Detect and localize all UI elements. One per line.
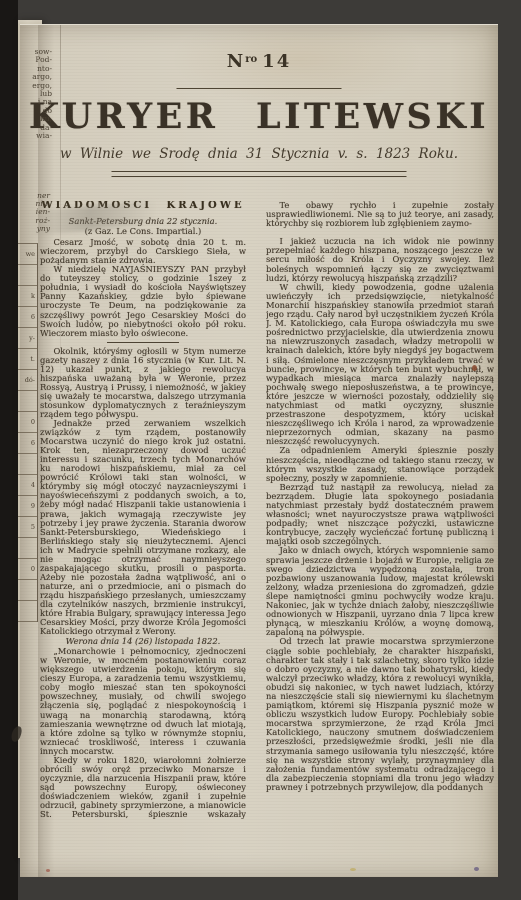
scan-background: { "header": { "issue_prefix": "N", "issu… <box>0 0 521 900</box>
margin-table-row: we <box>18 244 37 265</box>
margin-table-row: 6 <box>18 433 37 454</box>
paragraph: Cesarz Jmość, w sobotę dnia 20 t. m. wie… <box>40 238 246 265</box>
margin-fragment: wia- <box>18 132 52 140</box>
issue-prefix: N <box>227 51 245 72</box>
margin-table-row <box>18 265 37 286</box>
paragraph: Jako w dniach owych, których wspomnienie… <box>266 546 494 637</box>
column-divider-rule <box>107 342 179 343</box>
margin-table-row: k <box>18 286 37 307</box>
scanner-gutter-strip <box>0 0 18 900</box>
adjacent-page-table-edge: wek6y-t.dó-064950 <box>18 243 38 622</box>
stain-spot <box>472 365 477 371</box>
right-column-blocks: Te obawy rychło i zupełnie zostały uspra… <box>266 201 494 792</box>
masthead-dateline: w Wilnie we Srodę dnia 31 Stycznia v. s.… <box>20 146 498 162</box>
paragraph: Werona dnia 14 (26) listopada 1822. <box>40 637 246 646</box>
margin-table-row <box>18 601 37 622</box>
margin-table-row <box>18 454 37 475</box>
issue-number: Nro14 <box>20 51 498 72</box>
left-column-blocks: Sankt-Petersburg dnia 22 stycznia.(z Gaz… <box>40 217 246 819</box>
paragraph: Za odpadnieniem Ameryki śpiesznie poszły… <box>266 446 494 482</box>
paragraph: Te obawy rychło i zupełnie zostały uspra… <box>266 201 494 228</box>
issue-superscript: ro <box>245 54 257 65</box>
margin-table-row: 0 <box>18 412 37 433</box>
margin-table-row: y- <box>18 328 37 349</box>
margin-table-row: 0 <box>18 559 37 580</box>
issue-rule <box>177 88 342 89</box>
adjacent-page-italic-fragments: nerniu,ien-roż-yny <box>18 192 50 233</box>
edge-speck-red <box>46 869 50 872</box>
masthead-title: KURYER LITEWSKI <box>20 96 498 137</box>
paragraph: „Monarchowie i pełnomocnicy, zjednoczeni… <box>40 647 246 756</box>
margin-table-row: 9 <box>18 496 37 517</box>
margin-table-row <box>18 391 37 412</box>
left-column: WIADOMOŚCI KRAJOWE Sankt-Petersburg dnia… <box>40 201 246 819</box>
margin-table-row: dó- <box>18 370 37 391</box>
margin-table-row <box>18 580 37 601</box>
issue-value: 14 <box>262 51 291 72</box>
paragraph: Kiedy w roku 1820, wiarołomni żołnierze … <box>40 756 246 819</box>
margin-table-row: 4 <box>18 475 37 496</box>
paragraph: W chwili, kiedy powodzenia, godne użalen… <box>266 283 494 447</box>
paragraph: Od trzech lat prawie mocarstwa sprzymier… <box>266 637 494 792</box>
paragraph: W niedzielę NAYJAŚNIEYSZY PAN przybył do… <box>40 265 246 337</box>
header-double-rule <box>112 171 407 177</box>
paragraph: Bezrząd tuż nastąpił za rewolucyą, nieła… <box>266 483 494 547</box>
margin-table-row: 6 <box>18 307 37 328</box>
margin-fragment: yny <box>18 225 50 233</box>
margin-table-row <box>18 538 37 559</box>
margin-table-row: 5 <box>18 517 37 538</box>
adjacent-page-text-fragments: sow-Pod-nto-argo,ergo,lubi nadoku,da-wia… <box>18 48 52 140</box>
paragraph: Jednakże przed zerwaniem wszelkich związ… <box>40 419 246 636</box>
edge-speck-indigo <box>474 867 479 871</box>
margin-table-row: t. <box>18 349 37 370</box>
right-column: Te obawy rychło i zupełnie zostały uspra… <box>266 201 494 827</box>
edge-speck-yellow <box>350 868 356 871</box>
paragraph: I jakież uczucia na ich widok nie powinn… <box>266 237 494 282</box>
paragraph: Okolnik, któryśmy ogłosili w 5tym numerz… <box>40 347 246 419</box>
newspaper-page: Nro14 KURYER LITEWSKI w Wilnie we Srodę … <box>20 24 498 877</box>
